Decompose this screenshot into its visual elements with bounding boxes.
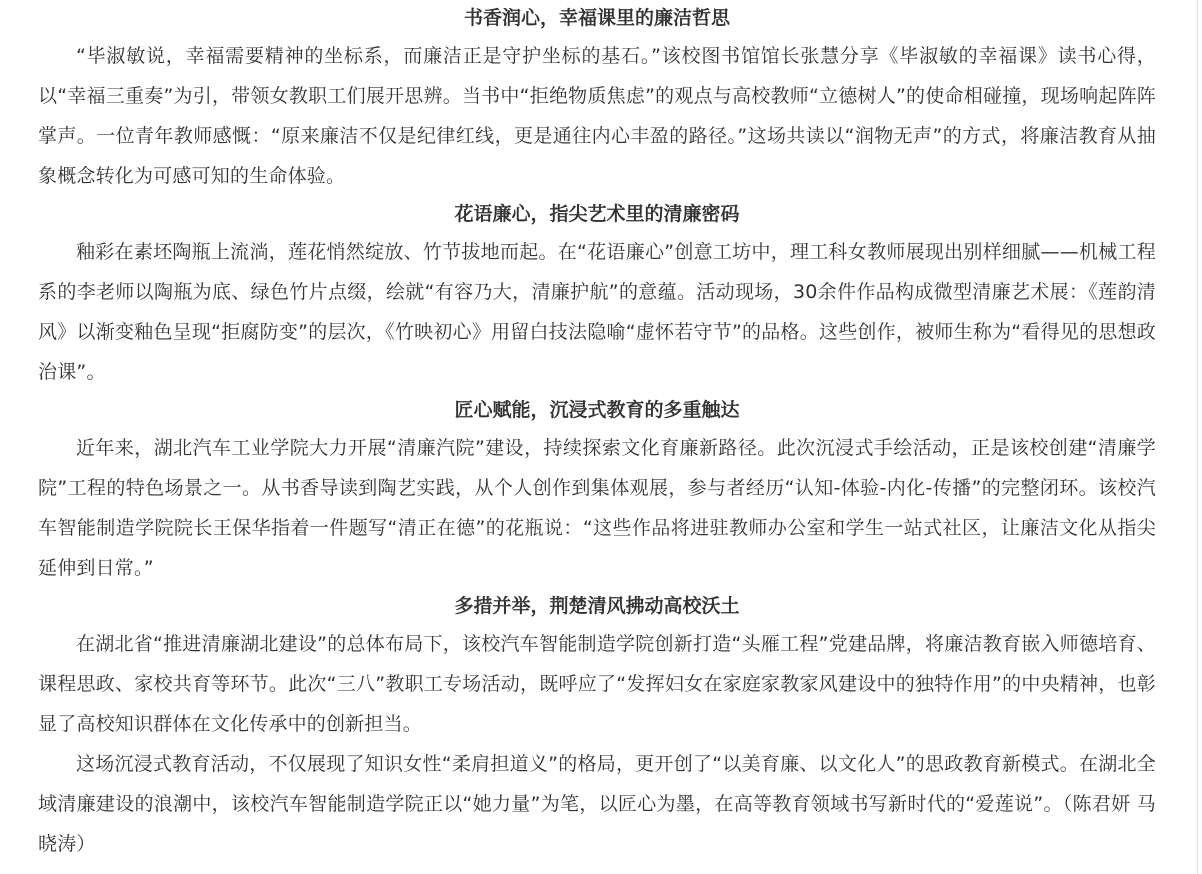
- section-heading-flower-art: 花语廉心，指尖艺术里的清廉密码: [38, 196, 1156, 232]
- article-body: 书香润心，幸福课里的廉洁哲思 “毕淑敏说，幸福需要精神的坐标系，而廉洁正是守护坐…: [38, 0, 1156, 864]
- page-border-divider: [1197, 0, 1198, 874]
- paragraph-immersive-education: 近年来，湖北汽车工业学院大力开展“清廉汽院”建设，持续探索文化育廉新路径。此次沉…: [38, 428, 1156, 588]
- section-heading-multiple-measures: 多措并举，荆楚清风拂动高校沃土: [38, 588, 1156, 624]
- section-heading-immersive-education: 匠心赋能，沉浸式教育的多重触达: [38, 392, 1156, 428]
- section-heading-reading: 书香润心，幸福课里的廉洁哲思: [38, 0, 1156, 36]
- paragraph-reading: “毕淑敏说，幸福需要精神的坐标系，而廉洁正是守护坐标的基石。”该校图书馆馆长张慧…: [38, 36, 1156, 196]
- paragraph-conclusion: 这场沉浸式教育活动，不仅展现了知识女性“柔肩担道义”的格局，更开创了“以美育廉、…: [38, 744, 1156, 864]
- paragraph-flower-art: 釉彩在素坯陶瓶上流淌，莲花悄然绽放、竹节拔地而起。在“花语廉心”创意工坊中，理工…: [38, 232, 1156, 392]
- paragraph-multiple-measures: 在湖北省“推进清廉湖北建设”的总体布局下，该校汽车智能制造学院创新打造“头雁工程…: [38, 624, 1156, 744]
